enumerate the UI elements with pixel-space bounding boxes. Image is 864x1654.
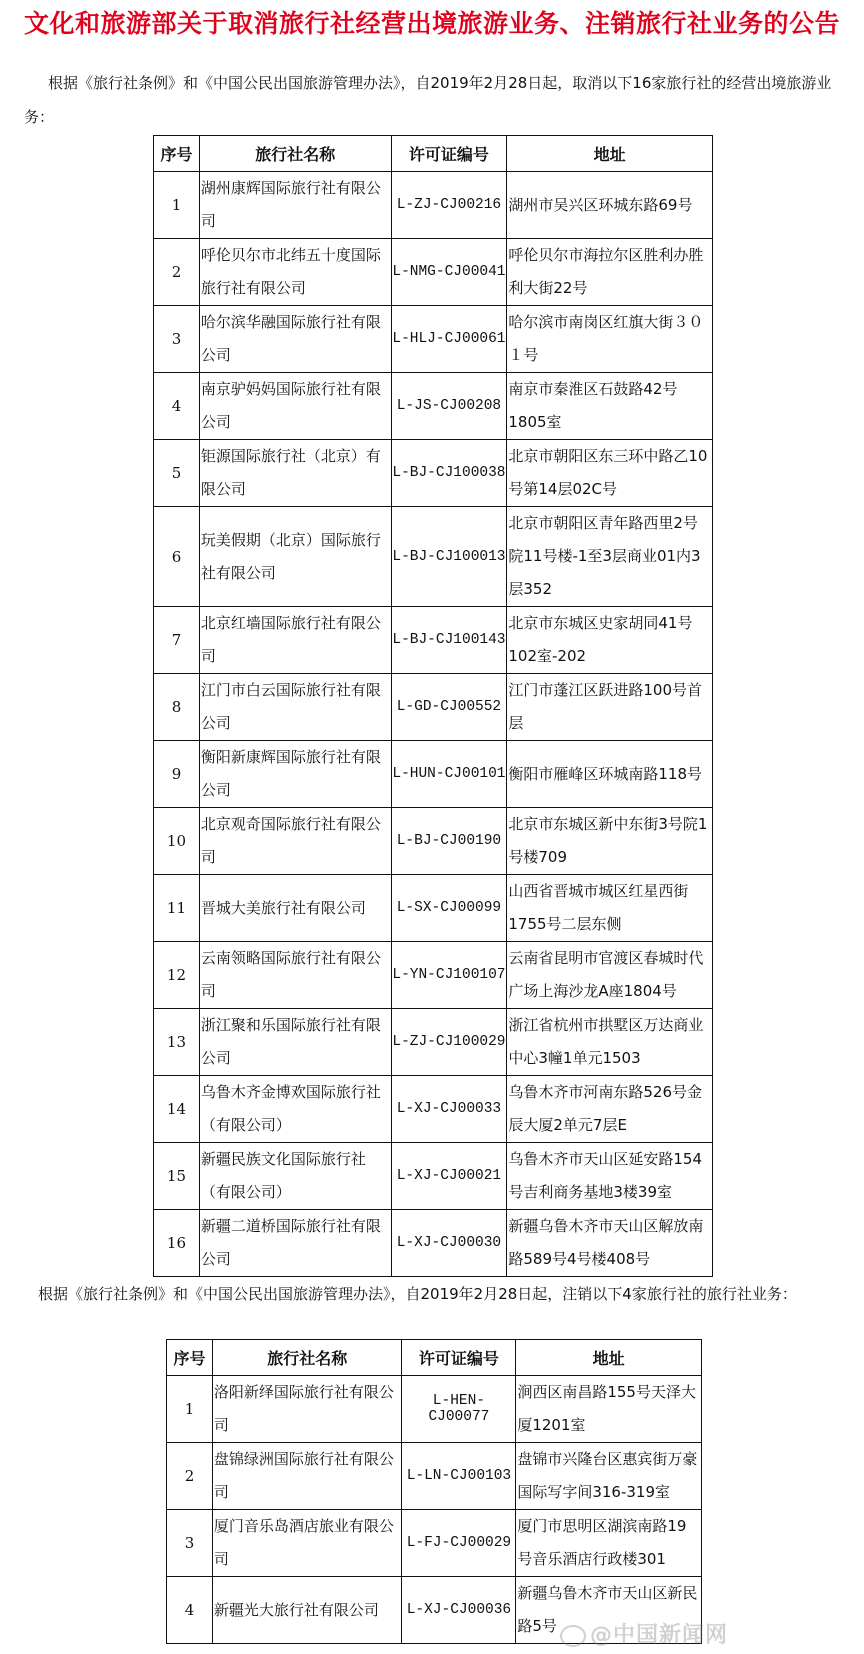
cell-name: 北京观奇国际旅行社有限公司 (199, 808, 391, 875)
table-row: 1湖州康辉国际旅行社有限公司L-ZJ-CJ00216湖州市吴兴区环城东路69号 (154, 172, 713, 239)
cell-name: 新疆光大旅行社有限公司 (212, 1577, 402, 1644)
cell-name: 洛阳新绎国际旅行社有限公司 (212, 1376, 402, 1443)
cell-name: 北京红墙国际旅行社有限公司 (199, 607, 391, 674)
table-row: 6玩美假期（北京）国际旅行社有限公司L-BJ-CJ100013北京市朝阳区青年路… (154, 507, 713, 607)
table-row: 1洛阳新绎国际旅行社有限公司L-HEN-CJ00077涧西区南昌路155号天泽大… (167, 1376, 702, 1443)
cell-license: L-HUN-CJ00101 (391, 741, 507, 808)
cell-no: 3 (154, 306, 200, 373)
watermark: @中国新闻网 (560, 1618, 728, 1649)
cell-name: 衡阳新康辉国际旅行社有限公司 (199, 741, 391, 808)
cell-no: 5 (154, 440, 200, 507)
cell-no: 1 (167, 1376, 213, 1443)
cell-name: 云南领略国际旅行社有限公司 (199, 942, 391, 1009)
header-license: 许可证编号 (391, 136, 507, 172)
cell-license: L-HLJ-CJ00061 (391, 306, 507, 373)
table-row: 5钜源国际旅行社（北京）有限公司L-BJ-CJ100038北京市朝阳区东三环中路… (154, 440, 713, 507)
cell-license: L-LN-CJ00103 (402, 1443, 516, 1510)
table-row: 11晋城大美旅行社有限公司L-SX-CJ00099山西省晋城市城区红星西街175… (154, 875, 713, 942)
table-row: 13浙江聚和乐国际旅行社有限公司L-ZJ-CJ100029浙江省杭州市拱墅区万达… (154, 1009, 713, 1076)
table-row: 2呼伦贝尔市北纬五十度国际旅行社有限公司L-NMG-CJ00041呼伦贝尔市海拉… (154, 239, 713, 306)
table-row: 3厦门音乐岛酒店旅业有限公司L-FJ-CJ00029厦门市思明区湖滨南路19号音… (167, 1510, 702, 1577)
cell-address: 乌鲁木齐市天山区延安路154号吉利商务基地3楼39室 (507, 1143, 713, 1210)
cell-license: L-XJ-CJ00033 (391, 1076, 507, 1143)
table-row: 14乌鲁木齐金博欢国际旅行社（有限公司）L-XJ-CJ00033乌鲁木齐市河南东… (154, 1076, 713, 1143)
table-row: 9衡阳新康辉国际旅行社有限公司L-HUN-CJ00101衡阳市雁峰区环城南路11… (154, 741, 713, 808)
cell-name: 呼伦贝尔市北纬五十度国际旅行社有限公司 (199, 239, 391, 306)
cell-address: 涧西区南昌路155号天泽大厦1201室 (516, 1376, 702, 1443)
cell-address: 山西省晋城市城区红星西街1755号二层东侧 (507, 875, 713, 942)
table-cancelled-outbound: 序号 旅行社名称 许可证编号 地址 1湖州康辉国际旅行社有限公司L-ZJ-CJ0… (153, 135, 713, 1277)
cell-address: 湖州市吴兴区环城东路69号 (507, 172, 713, 239)
cell-name: 湖州康辉国际旅行社有限公司 (199, 172, 391, 239)
cell-license: L-ZJ-CJ100029 (391, 1009, 507, 1076)
cell-address: 厦门市思明区湖滨南路19号音乐酒店行政楼301 (516, 1510, 702, 1577)
cell-address: 哈尔滨市南岗区红旗大街３０１号 (507, 306, 713, 373)
cell-name: 哈尔滨华融国际旅行社有限公司 (199, 306, 391, 373)
cell-license: L-XJ-CJ00030 (391, 1210, 507, 1277)
table-header-row: 序号 旅行社名称 许可证编号 地址 (154, 136, 713, 172)
cell-no: 16 (154, 1210, 200, 1277)
cell-license: L-BJ-CJ100013 (391, 507, 507, 607)
cell-address: 北京市东城区史家胡同41号102室-202 (507, 607, 713, 674)
cell-license: L-HEN-CJ00077 (402, 1376, 516, 1443)
cell-no: 7 (154, 607, 200, 674)
table-header-row: 序号 旅行社名称 许可证编号 地址 (167, 1340, 702, 1376)
cell-address: 乌鲁木齐市河南东路526号金辰大厦2单元7层E (507, 1076, 713, 1143)
cell-address: 云南省昆明市官渡区春城时代广场上海沙龙A座1804号 (507, 942, 713, 1009)
header-no: 序号 (167, 1340, 213, 1376)
cell-name: 玩美假期（北京）国际旅行社有限公司 (199, 507, 391, 607)
table-row: 10北京观奇国际旅行社有限公司L-BJ-CJ00190北京市东城区新中东街3号院… (154, 808, 713, 875)
cell-name: 浙江聚和乐国际旅行社有限公司 (199, 1009, 391, 1076)
cell-no: 2 (154, 239, 200, 306)
cell-license: L-BJ-CJ100038 (391, 440, 507, 507)
cell-no: 3 (167, 1510, 213, 1577)
paragraph-revoke-business: 根据《旅行社条例》和《中国公民出国旅游管理办法》，自2019年2月28日起，注销… (38, 1277, 858, 1311)
cell-address: 盘锦市兴隆台区惠宾街万豪国际写字间316-319室 (516, 1443, 702, 1510)
table-row: 12云南领略国际旅行社有限公司L-YN-CJ100107云南省昆明市官渡区春城时… (154, 942, 713, 1009)
header-address: 地址 (516, 1340, 702, 1376)
cell-name: 新疆二道桥国际旅行社有限公司 (199, 1210, 391, 1277)
cell-name: 乌鲁木齐金博欢国际旅行社（有限公司） (199, 1076, 391, 1143)
cell-name: 晋城大美旅行社有限公司 (199, 875, 391, 942)
cell-address: 新疆乌鲁木齐市天山区解放南路589号4号楼408号 (507, 1210, 713, 1277)
page-title: 文化和旅游部关于取消旅行社经营出境旅游业务、注销旅行社业务的公告 (0, 8, 864, 39)
cell-name: 盘锦绿洲国际旅行社有限公司 (212, 1443, 402, 1510)
cell-license: L-NMG-CJ00041 (391, 239, 507, 306)
cell-license: L-GD-CJ00552 (391, 674, 507, 741)
cell-name: 厦门音乐岛酒店旅业有限公司 (212, 1510, 402, 1577)
paragraph-cancel-outbound: 根据《旅行社条例》和《中国公民出国旅游管理办法》，自2019年2月28日起，取消… (24, 66, 854, 134)
watermark-text: @中国新闻网 (590, 1623, 728, 1648)
cell-address: 南京市秦淮区石鼓路42号1805室 (507, 373, 713, 440)
cell-no: 4 (154, 373, 200, 440)
table-row: 4南京驴妈妈国际旅行社有限公司L-JS-CJ00208南京市秦淮区石鼓路42号1… (154, 373, 713, 440)
cell-no: 6 (154, 507, 200, 607)
cell-no: 8 (154, 674, 200, 741)
cell-license: L-SX-CJ00099 (391, 875, 507, 942)
cell-license: L-BJ-CJ00190 (391, 808, 507, 875)
table-row: 7北京红墙国际旅行社有限公司L-BJ-CJ100143北京市东城区史家胡同41号… (154, 607, 713, 674)
header-name: 旅行社名称 (212, 1340, 402, 1376)
cell-no: 1 (154, 172, 200, 239)
cell-address: 江门市蓬江区跃进路100号首层 (507, 674, 713, 741)
cell-license: L-ZJ-CJ00216 (391, 172, 507, 239)
cell-license: L-FJ-CJ00029 (402, 1510, 516, 1577)
cell-address: 北京市朝阳区东三环中路乙10号第14层02C号 (507, 440, 713, 507)
cell-no: 11 (154, 875, 200, 942)
cell-no: 4 (167, 1577, 213, 1644)
cell-name: 南京驴妈妈国际旅行社有限公司 (199, 373, 391, 440)
cell-address: 呼伦贝尔市海拉尔区胜利办胜利大街22号 (507, 239, 713, 306)
cell-address: 北京市朝阳区青年路西里2号院11号楼-1至3层商业01内3层352 (507, 507, 713, 607)
cell-name: 钜源国际旅行社（北京）有限公司 (199, 440, 391, 507)
cell-no: 14 (154, 1076, 200, 1143)
cell-license: L-BJ-CJ100143 (391, 607, 507, 674)
table-row: 15新疆民族文化国际旅行社（有限公司）L-XJ-CJ00021乌鲁木齐市天山区延… (154, 1143, 713, 1210)
cell-name: 新疆民族文化国际旅行社（有限公司） (199, 1143, 391, 1210)
table-row: 3哈尔滨华融国际旅行社有限公司L-HLJ-CJ00061哈尔滨市南岗区红旗大街３… (154, 306, 713, 373)
cell-no: 12 (154, 942, 200, 1009)
cell-address: 北京市东城区新中东街3号院1号楼709 (507, 808, 713, 875)
cell-no: 15 (154, 1143, 200, 1210)
table-row: 2盘锦绿洲国际旅行社有限公司L-LN-CJ00103盘锦市兴隆台区惠宾街万豪国际… (167, 1443, 702, 1510)
cell-name: 江门市白云国际旅行社有限公司 (199, 674, 391, 741)
cell-address: 浙江省杭州市拱墅区万达商业中心3幢1单元1503 (507, 1009, 713, 1076)
header-no: 序号 (154, 136, 200, 172)
header-name: 旅行社名称 (199, 136, 391, 172)
cell-license: L-JS-CJ00208 (391, 373, 507, 440)
weibo-logo-icon (560, 1625, 586, 1647)
cell-license: L-YN-CJ100107 (391, 942, 507, 1009)
cell-address: 衡阳市雁峰区环城南路118号 (507, 741, 713, 808)
cell-license: L-XJ-CJ00036 (402, 1577, 516, 1644)
table-row: 16新疆二道桥国际旅行社有限公司L-XJ-CJ00030新疆乌鲁木齐市天山区解放… (154, 1210, 713, 1277)
table-row: 8江门市白云国际旅行社有限公司L-GD-CJ00552江门市蓬江区跃进路100号… (154, 674, 713, 741)
header-license: 许可证编号 (402, 1340, 516, 1376)
cell-license: L-XJ-CJ00021 (391, 1143, 507, 1210)
table-revoked-agencies: 序号 旅行社名称 许可证编号 地址 1洛阳新绎国际旅行社有限公司L-HEN-CJ… (166, 1339, 702, 1644)
cell-no: 10 (154, 808, 200, 875)
cell-no: 9 (154, 741, 200, 808)
cell-no: 2 (167, 1443, 213, 1510)
cell-no: 13 (154, 1009, 200, 1076)
header-address: 地址 (507, 136, 713, 172)
